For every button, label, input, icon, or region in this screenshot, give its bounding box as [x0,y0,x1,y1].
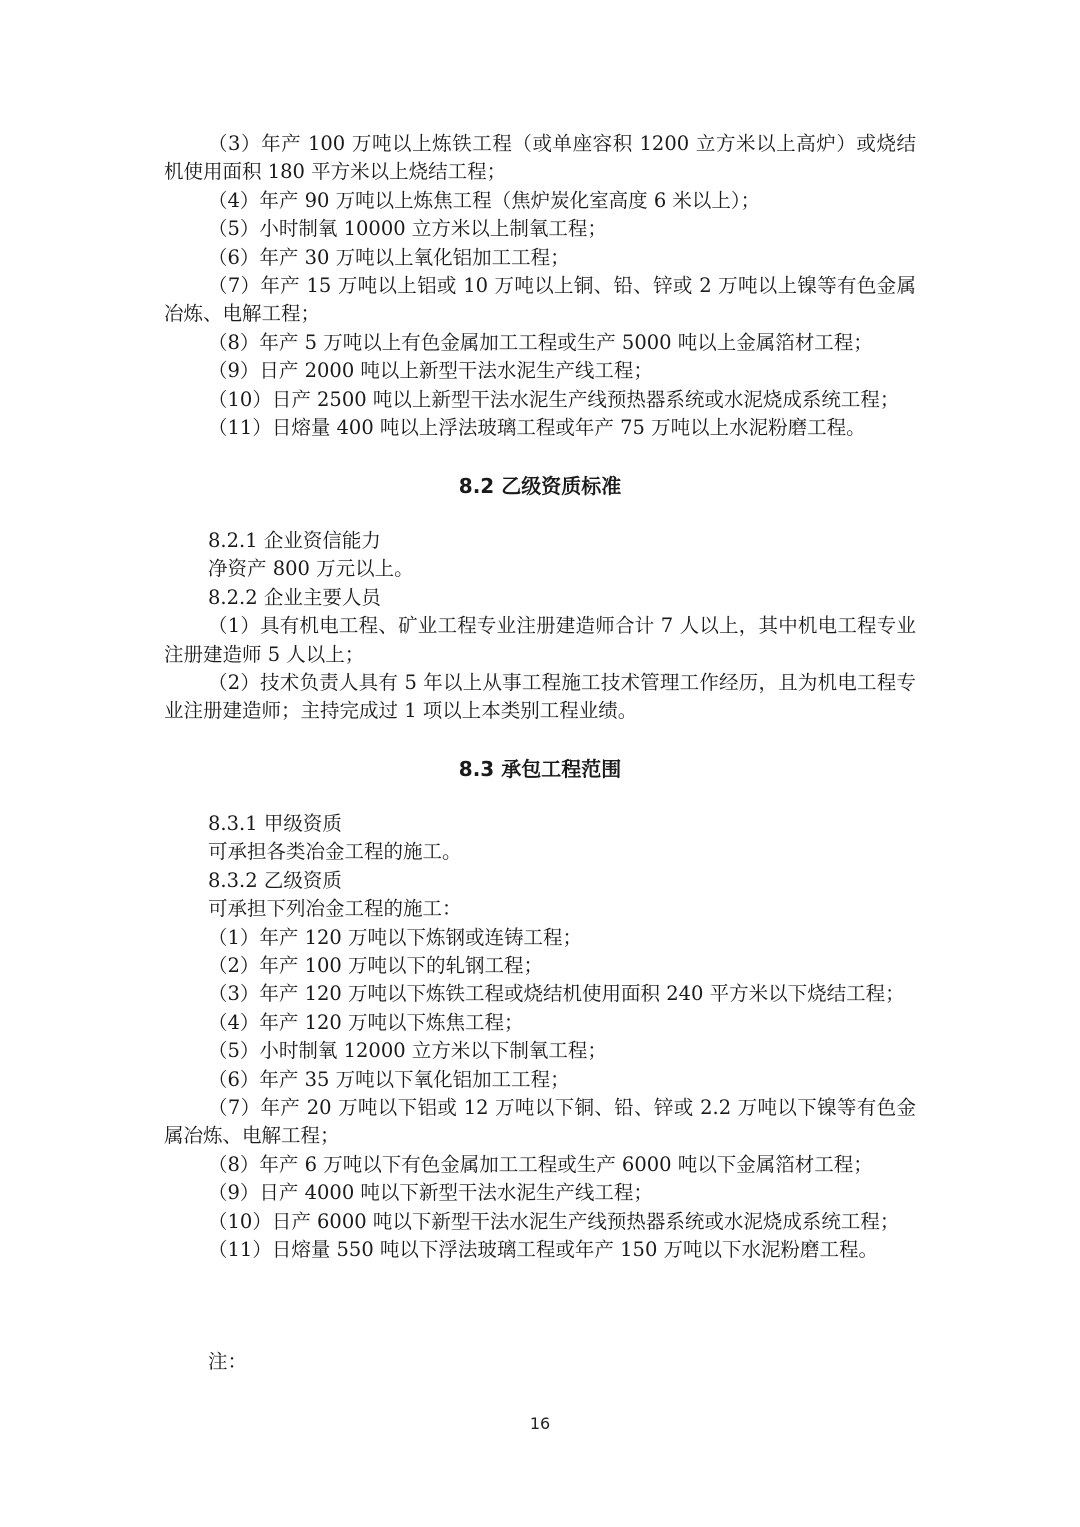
list-item: （1）年产 120 万吨以下炼钢或连铸工程； [164,924,916,952]
section-8-2-body: 8.2.1 企业资信能力 净资产 800 万元以上。 8.2.2 企业主要人员 … [164,527,916,726]
list-item: （10）日产 2500 吨以上新型干法水泥生产线预热器系统或水泥烧成系统工程； [164,386,916,414]
list-item: （4）年产 120 万吨以下炼焦工程； [164,1009,916,1037]
list-item: （6）年产 35 万吨以下氧化铝加工工程； [164,1066,916,1094]
list-item: （7）年产 20 万吨以下铝或 12 万吨以下铜、铅、锌或 2.2 万吨以下镍等… [164,1094,916,1151]
document-page: （3）年产 100 万吨以上炼铁工程（或单座容积 1200 立方米以上高炉）或烧… [0,0,1080,1527]
subsection-title: 8.2.2 企业主要人员 [164,584,916,612]
list-item: （2）技术负责人具有 5 年以上从事工程施工技术管理工作经历，且为机电工程专业注… [164,669,916,726]
section-8-3-body: 8.3.1 甲级资质 可承担各类冶金工程的施工。 8.3.2 乙级资质 可承担下… [164,810,916,1265]
list-item: （8）年产 6 万吨以下有色金属加工工程或生产 6000 吨以下金属箔材工程； [164,1151,916,1179]
list-item: （9）日产 2000 吨以上新型干法水泥生产线工程； [164,357,916,385]
list-item: （4）年产 90 万吨以上炼焦工程（焦炉炭化室高度 6 米以上）； [164,187,916,215]
list-item: （8）年产 5 万吨以上有色金属加工工程或生产 5000 吨以上金属箔材工程； [164,329,916,357]
note-block: 注： [164,1348,916,1376]
paragraph: 可承担各类冶金工程的施工。 [164,838,916,866]
list-item: （5）小时制氧 12000 立方米以下制氧工程； [164,1037,916,1065]
list-item: （11）日熔量 550 吨以下浮法玻璃工程或年产 150 万吨以下水泥粉磨工程。 [164,1236,916,1264]
subsection-title: 8.3.1 甲级资质 [164,810,916,838]
list-item: （6）年产 30 万吨以上氧化铝加工工程； [164,244,916,272]
list-item: （3）年产 120 万吨以下炼铁工程或烧结机使用面积 240 平方米以下烧结工程… [164,980,916,1008]
list-item: （10）日产 6000 吨以下新型干法水泥生产线预热器系统或水泥烧成系统工程； [164,1208,916,1236]
top-qualification-list: （3）年产 100 万吨以上炼铁工程（或单座容积 1200 立方米以上高炉）或烧… [164,130,916,442]
paragraph: 净资产 800 万元以上。 [164,555,916,583]
page-number: 16 [0,1414,1080,1433]
section-heading-8-3: 8.3 承包工程范围 [164,755,916,783]
section-heading-8-2: 8.2 乙级资质标准 [164,472,916,500]
list-item: （2）年产 100 万吨以下的轧钢工程； [164,952,916,980]
list-item: （7）年产 15 万吨以上铝或 10 万吨以上铜、铅、锌或 2 万吨以上镍等有色… [164,272,916,329]
list-item: （9）日产 4000 吨以下新型干法水泥生产线工程； [164,1179,916,1207]
paragraph: 可承担下列冶金工程的施工： [164,895,916,923]
subsection-title: 8.3.2 乙级资质 [164,867,916,895]
list-item: （11）日熔量 400 吨以上浮法玻璃工程或年产 75 万吨以上水泥粉磨工程。 [164,414,916,442]
list-item: （5）小时制氧 10000 立方米以上制氧工程； [164,215,916,243]
list-item: （3）年产 100 万吨以上炼铁工程（或单座容积 1200 立方米以上高炉）或烧… [164,130,916,187]
subsection-title: 8.2.1 企业资信能力 [164,527,916,555]
note-label: 注： [164,1348,916,1376]
list-item: （1）具有机电工程、矿业工程专业注册建造师合计 7 人以上，其中机电工程专业注册… [164,612,916,669]
